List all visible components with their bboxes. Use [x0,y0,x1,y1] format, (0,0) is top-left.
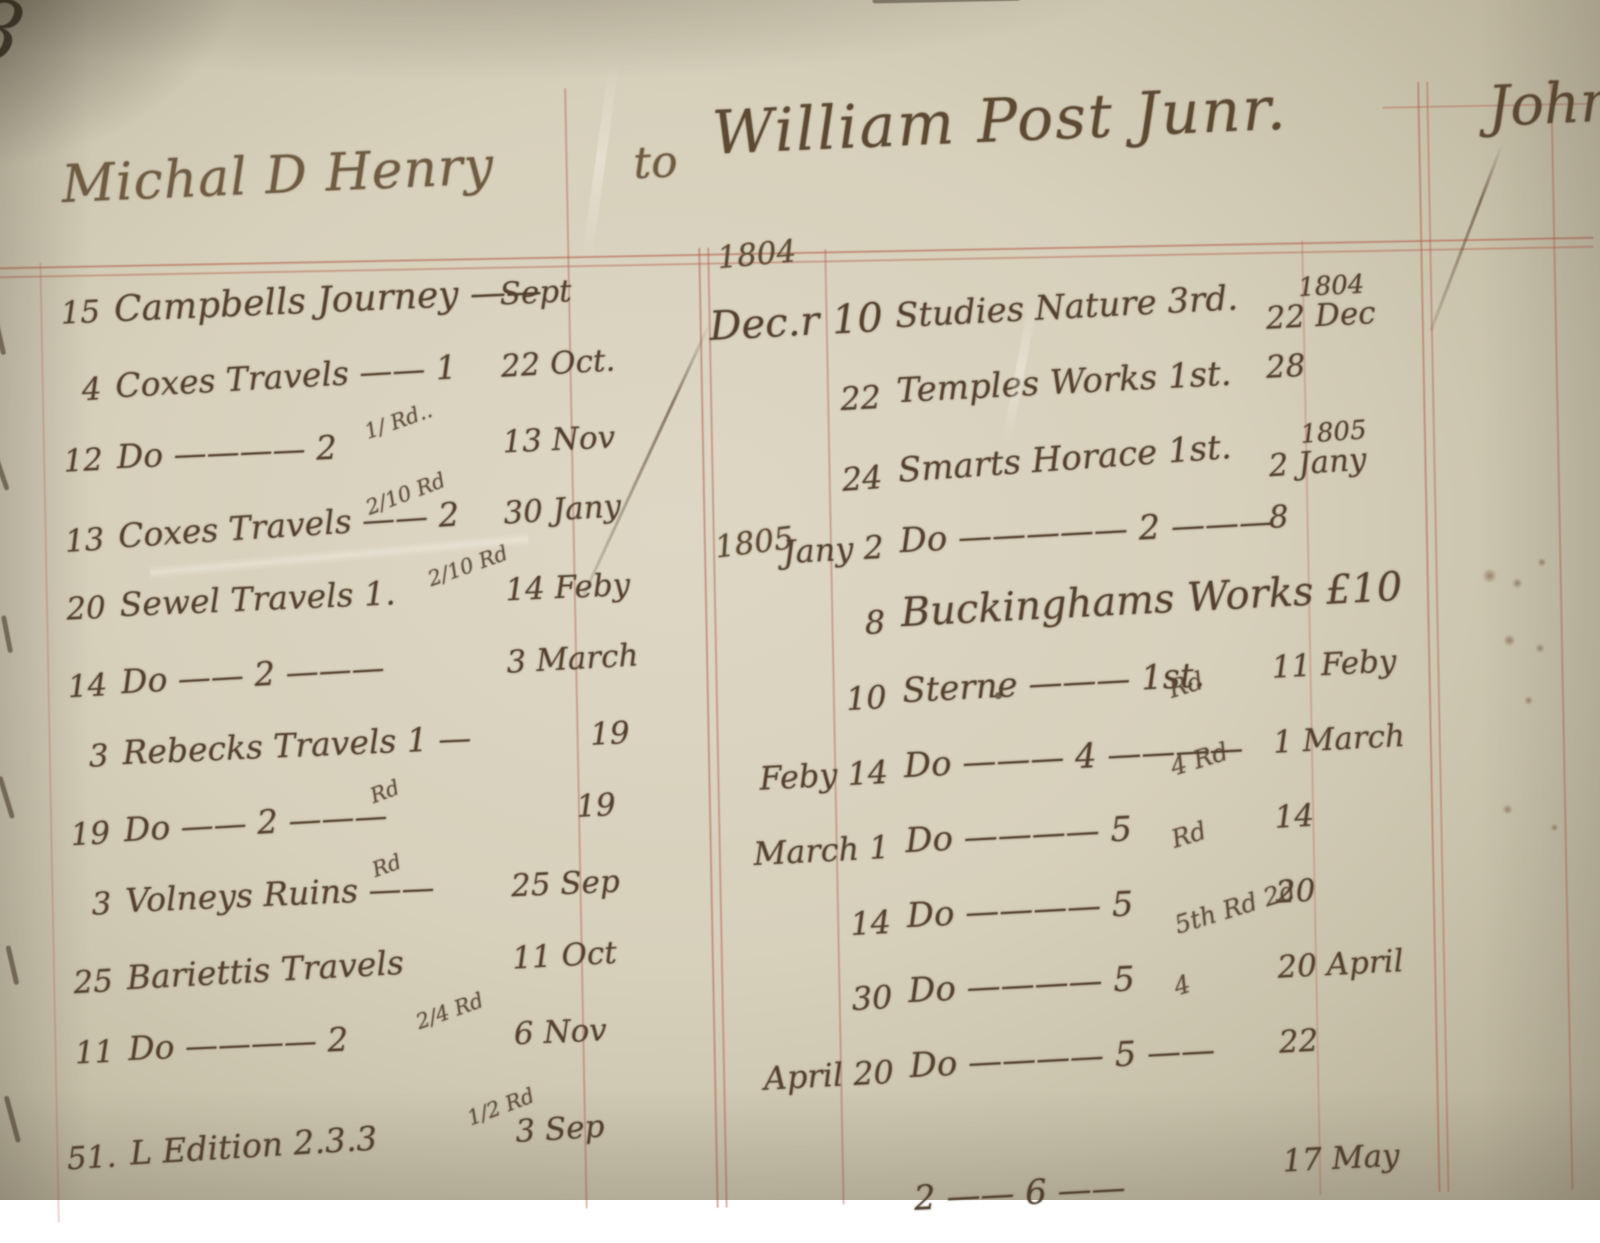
row-margin-number: 14 [28,667,108,707]
row-description: Do ———— 5 [906,884,1135,936]
row-borrow-date: 10 [716,678,888,725]
row-margin-number: 51. [37,1138,117,1179]
row-return-date: Sept [499,273,572,312]
cut-margin-mark [4,1095,21,1143]
heading-to: to [632,136,678,189]
row-margin-number: 11 [36,1034,115,1073]
cut-margin-mark [0,776,15,820]
ledger-sheet: Michal D Henry to William Post Junr. Joh… [0,0,1600,1200]
ledger-photo: Michal D Henry to William Post Junr. Joh… [0,0,1600,1200]
row-description: Campbells Journey —— [113,271,543,331]
row-borrow-date: Feby 14 [717,753,889,800]
cut-margin-mark [0,315,6,355]
ruled-lines [0,0,1588,15]
row-description: L Edition 2.3.3 [129,1118,378,1172]
row-return-date: 25 Sep [510,864,620,905]
corner-ink-glyph: 8 [0,0,33,84]
row-borrow-date: 30 [722,978,894,1025]
row-description: Sewel Travels 1. [119,573,397,624]
row-margin-number: 3 [30,738,109,777]
row-margin-number: 3 [33,886,112,925]
year-label-1804: 1804 [716,233,798,276]
row-return-date: 11 Oct [511,935,617,977]
row-return-date: 30 Jany [502,488,622,532]
row-margin-number: 13 [25,522,105,563]
row-borrow-date: 14 [720,903,892,950]
row-borrow-date: 22 [710,378,882,425]
row-return-date: 22 Oct. [500,342,616,384]
row-borrow-date: 8 [714,603,886,650]
row-description: Studies Nature 3rd. [894,278,1239,336]
row-borrow-date: 24 [712,458,884,508]
row-description: Do ———— 2 [116,428,338,477]
row-margin-number: 4 [23,371,103,411]
row-description: Do —— 2 ——— [123,796,389,850]
row-return-date: 19 [589,715,630,753]
row-description: Do ———— 5 [907,959,1136,1011]
row-annotation: 4 [1170,969,1194,1001]
next-account-name: John [1486,69,1600,140]
row-return-date: 14 Feby [505,567,631,608]
cut-margin-mark [0,446,10,491]
row-margin-number: 12 [24,442,103,481]
left-account-section: 15 Campbells Journey —— Sept 4 Coxes Tra… [22,270,729,1197]
cut-margin-mark [5,945,19,985]
row-margin-number: 20 [27,590,106,629]
foxing-spot [1524,696,1533,705]
row-borrow-date: April 20 [723,1053,895,1100]
row-borrow-date: March 1 [719,828,891,875]
row-return-date: 8 [1268,489,1480,536]
ledger-row: 51. L Edition 2.3.3 1/2 Rd 3 Sep [37,1095,730,1200]
row-borrow-date: Jany 2 [713,528,885,575]
account-heading: Michal D Henry to William Post Junr. Joh… [59,61,1600,269]
page-edge-mark [872,0,1020,3]
cut-margin-mark [1,615,13,653]
row-description: Do —— 2 ——— [120,648,386,702]
row-return-date: 3 March [506,637,640,680]
row-description: Do ———— 2 [127,1020,349,1069]
row-return-date: 6 Nov [513,1012,607,1052]
debtor-name: Michal D Henry [60,136,495,215]
row-return-date: 13 Nov [502,420,616,461]
row-return-date: 19 [575,787,616,825]
row-annotation: Rd [1168,816,1210,854]
foxing-spot [1537,558,1546,567]
middle-account-section: Dec.r 10 Studies Nature 3rd. 1804 22 Dec… [699,273,1596,1190]
ink-dot [995,692,1002,699]
row-description: 2 —— 6 —— [913,1168,1126,1200]
row-return-date: 3 Sep [514,1109,605,1150]
row-margin-number: 25 [34,963,114,1003]
row-return-date: 17 May [1282,1133,1494,1180]
row-margin-number: 19 [31,815,111,855]
row-borrow-date: Dec.r 10 [708,295,880,350]
row-return-date: 1804 22 Dec [1264,264,1477,337]
row-description: Do ———— 5 [904,809,1133,861]
row-margin-number: 15 [21,294,100,333]
creditor-name: William Post Junr. [711,74,1289,169]
